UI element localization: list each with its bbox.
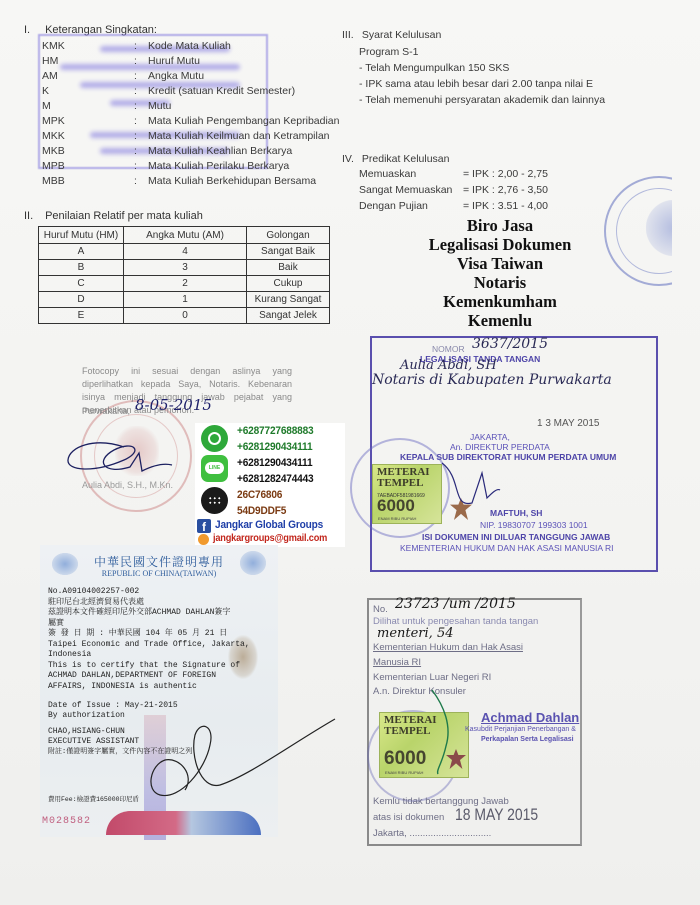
signer-name: MAFTUH, SH xyxy=(490,508,542,518)
abbreviation-colon: : xyxy=(134,85,148,100)
notary-signature xyxy=(64,435,174,485)
abbreviation-value: Mutu xyxy=(148,100,171,115)
handwritten-number: 3637/2015 xyxy=(472,336,548,352)
taiwan-signature xyxy=(140,715,340,810)
scanned-document-page: I. Keterangan Singkatan: KMK:Kode Mata K… xyxy=(0,0,700,905)
abbreviation-row: MPK:Mata Kuliah Pengembangan Kepribadian xyxy=(42,115,339,130)
table-cell: Baik xyxy=(247,260,330,276)
abbreviation-colon: : xyxy=(134,70,148,85)
service-advert-text: Biro Jasa Legalisasi Dokumen Visa Taiwan… xyxy=(395,216,605,330)
abbreviation-key: MPB xyxy=(42,160,134,175)
stamp-line: Manusia RI xyxy=(373,657,421,668)
bbm-pin[interactable]: 26C76806 xyxy=(237,489,282,501)
ornament-icon xyxy=(240,551,266,575)
handwritten-note: menteri, 54 xyxy=(377,626,454,641)
email-icon xyxy=(198,534,209,545)
abbreviation-value: Mata Kuliah Berkehidupan Bersama xyxy=(148,175,316,190)
facebook-page-link[interactable]: Jangkar Global Groups xyxy=(215,519,323,531)
abbreviation-row: HM:Huruf Mutu xyxy=(42,55,339,70)
abbreviation-key: K xyxy=(42,85,134,100)
certificate-line: 簽 發 日 期 : 中華民國 104 年 05 月 21 日 xyxy=(48,629,250,640)
table-row: C2Cukup xyxy=(39,276,330,292)
abbreviation-row: MBB:Mata Kuliah Berkehidupan Bersama xyxy=(42,175,339,190)
certificate-fee: 費用Fee:檢證費165000印尼盾 xyxy=(48,795,139,806)
section-2-heading: II. Penilaian Relatif per mata kuliah xyxy=(24,210,203,222)
predicate-range: = IPK : 2,76 - 3,50 xyxy=(463,184,548,200)
abbreviation-list: KMK:Kode Mata KuliahHM:Huruf MutuAM:Angk… xyxy=(42,40,339,190)
certificate-line: 茲證明本文件確經印尼外交部ACHMAD DAHLAN簽字 xyxy=(48,608,250,619)
requirement-item: - IPK sama atau lebih besar dari 2.00 ta… xyxy=(359,78,605,94)
abbreviation-key: KMK xyxy=(42,40,134,55)
no-label: No. xyxy=(373,604,388,615)
phone-number[interactable]: +6281282474443 xyxy=(237,473,314,485)
handwritten-name: Aulia Abdi, SH xyxy=(400,358,497,373)
signer-title: Perkapalan Serta Legalisasi xyxy=(481,736,574,743)
certificate-line: 駐印尼台北經濟貿易代表處 xyxy=(48,598,250,609)
table-cell: E xyxy=(39,308,124,324)
notary-place: Purwakarta, xyxy=(82,406,130,416)
handwritten-date: 8-05-2015 xyxy=(135,396,212,414)
certificate-line: AFFAIRS, INDONESIA is authentic xyxy=(48,682,250,693)
abbreviation-colon: : xyxy=(134,40,148,55)
kemenlu-legalization-stamp: No. 23723 /um /2015 Dilihat untuk penges… xyxy=(367,598,582,846)
abbreviation-colon: : xyxy=(134,175,148,190)
abbreviation-colon: : xyxy=(134,130,148,145)
section-4-heading: IV. Predikat Kelulusan xyxy=(342,153,449,165)
predicate-range: = IPK : 3.51 - 4,00 xyxy=(463,200,548,216)
abbreviation-key: HM xyxy=(42,55,134,70)
predicate-label: Dengan Pujian xyxy=(359,200,463,216)
table-cell: Sangat Baik xyxy=(247,244,330,260)
program-label: Program S-1 xyxy=(359,46,419,58)
handwritten-number: 23723 /um /2015 xyxy=(395,596,516,612)
table-row: A4Sangat Baik xyxy=(39,244,330,260)
abbreviation-value: Mata Kuliah Pengembangan Kepribadian xyxy=(148,115,339,130)
email-link[interactable]: jangkargroups@gmail.com xyxy=(213,533,327,544)
abbreviation-value: Kode Mata Kuliah xyxy=(148,40,231,55)
section-number: II. xyxy=(24,210,42,222)
stamp-date: 18 MAY 2015 xyxy=(455,805,538,825)
authorization: By authorization xyxy=(48,711,125,722)
abbreviation-row: MPB:Mata Kuliah Perilaku Berkarya xyxy=(42,160,339,175)
line-icon: LINE xyxy=(201,455,228,482)
section-title: Syarat Kelulusan xyxy=(362,29,441,41)
abbreviation-colon: : xyxy=(134,55,148,70)
requirement-item: - Telah memenuhi persyaratan akademik da… xyxy=(359,94,605,110)
stamp-line: Kementerian Hukum dan Hak Asasi xyxy=(373,642,523,653)
advert-line: Kemenlu xyxy=(395,311,605,330)
table-cell: Sangat Jelek xyxy=(247,308,330,324)
table-row: B3Baik xyxy=(39,260,330,276)
meterai-subtext: ENAM RIBU RUPIAH xyxy=(385,770,423,775)
grade-table-header: Huruf Mutu (HM) Angka Mutu (AM) Golongan xyxy=(39,227,330,244)
certificate-signer-title: EXECUTIVE ASSISTANT xyxy=(48,737,139,748)
predicate-list: Memuaskan= IPK : 2,00 - 2,75Sangat Memua… xyxy=(359,168,548,216)
table-cell: D xyxy=(39,292,124,308)
certificate-line: Taipei Economic and Trade Office, Jakart… xyxy=(48,640,250,651)
section-title: Predikat Kelulusan xyxy=(362,153,450,165)
predicate-label: Sangat Memuaskan xyxy=(359,184,463,200)
stamp-city: JAKARTA, xyxy=(470,432,510,442)
stamp-city: Jakarta, ............................... xyxy=(373,828,491,839)
table-cell: B xyxy=(39,260,124,276)
predicate-row: Sangat Memuaskan= IPK : 2,76 - 3,50 xyxy=(359,184,548,200)
abbreviation-key: MKK xyxy=(42,130,134,145)
abbreviation-value: Mata Kuliah Keilmuan dan Ketrampilan xyxy=(148,130,330,145)
abbreviation-row: MKB:Mata Kuliah Keahlian Berkarya xyxy=(42,145,339,160)
signer-name: Achmad Dahlan xyxy=(481,710,579,725)
abbreviation-key: M xyxy=(42,100,134,115)
table-cell: 0 xyxy=(124,308,247,324)
stamp-disclaimer: atas isi dokumen xyxy=(373,812,444,823)
column-header: Angka Mutu (AM) xyxy=(124,227,247,244)
abbreviation-colon: : xyxy=(134,115,148,130)
stamp-disclaimer: KEMENTERIAN HUKUM DAN HAK ASASI MANUSIA … xyxy=(400,543,613,553)
abbreviation-row: MKK:Mata Kuliah Keilmuan dan Ketrampilan xyxy=(42,130,339,145)
stamp-line: Kementerian Luar Negeri RI xyxy=(373,672,491,683)
table-cell: 2 xyxy=(124,276,247,292)
predicate-label: Memuaskan xyxy=(359,168,463,184)
abbreviation-key: MKB xyxy=(42,145,134,160)
advert-line: Legalisasi Dokumen xyxy=(395,235,605,254)
certificate-line: Indonesia xyxy=(48,650,250,661)
certificate-line: ACHMAD DAHLAN,DEPARTMENT OF FOREIGN xyxy=(48,671,250,682)
abbreviation-row: M:Mutu xyxy=(42,100,339,115)
abbreviation-value: Angka Mutu xyxy=(148,70,204,85)
phone-number[interactable]: +6281290434111 xyxy=(237,457,312,469)
phone-number[interactable]: +6281290434111 xyxy=(237,441,312,453)
section-number: III. xyxy=(342,29,359,41)
table-row: E0Sangat Jelek xyxy=(39,308,330,324)
column-header: Golongan xyxy=(247,227,330,244)
meterai-subtext: ENAM RIBU RUPIAH xyxy=(378,516,416,521)
blackberry-icon xyxy=(201,487,228,514)
handwritten-title: Notaris di Kabupaten Purwakarta xyxy=(372,372,612,388)
certificate-body: No.A09104002257-002駐印尼台北經濟貿易代表處茲證明本文件確經印… xyxy=(48,587,250,692)
certificate-line: No.A09104002257-002 xyxy=(48,587,250,598)
abbreviation-value: Kredit (satuan Kredit Semester) xyxy=(148,85,295,100)
stamp-disclaimer: ISI DOKUMEN INI DILUAR TANGGUNG JAWAB xyxy=(422,532,610,542)
table-cell: Kurang Sangat xyxy=(247,292,330,308)
table-row: D1Kurang Sangat xyxy=(39,292,330,308)
contact-info-box: +6287727688883 +6281290434111 LINE +6281… xyxy=(195,423,345,547)
column-header: Huruf Mutu (HM) xyxy=(39,227,124,244)
taipei-office-seal xyxy=(604,176,700,286)
predicate-range: = IPK : 2,00 - 2,75 xyxy=(463,168,548,184)
kemenkumham-legalization-stamp: NOMOR 3637/2015 LEGALISASI TANDA TANGAN … xyxy=(370,336,658,572)
section-3-heading: III. Syarat Kelulusan xyxy=(342,29,441,41)
date-of-issue: Date of Issue : May-21-2015 xyxy=(48,701,178,712)
section-number: IV. xyxy=(342,153,359,165)
section-title: Penilaian Relatif per mata kuliah xyxy=(45,210,203,222)
requirement-item: - Telah Mengumpulkan 150 SKS xyxy=(359,62,605,78)
facebook-icon: f xyxy=(197,519,211,533)
abbreviation-row: KMK:Kode Mata Kuliah xyxy=(42,40,339,55)
grade-table: Huruf Mutu (HM) Angka Mutu (AM) Golongan… xyxy=(38,226,330,324)
abbreviation-row: AM:Angka Mutu xyxy=(42,70,339,85)
abbreviation-colon: : xyxy=(134,100,148,115)
advert-line: Kemenkumham xyxy=(395,292,605,311)
table-cell: 4 xyxy=(124,244,247,260)
abbreviation-colon: : xyxy=(134,145,148,160)
notary-name: Aulia Abdi, S.H., M.Kn. xyxy=(82,480,173,490)
abbreviation-colon: : xyxy=(134,160,148,175)
abbreviation-value: Mata Kuliah Keahlian Berkarya xyxy=(148,145,292,160)
abbreviation-key: AM xyxy=(42,70,134,85)
table-cell: Cukup xyxy=(247,276,330,292)
table-cell: C xyxy=(39,276,124,292)
abbreviation-value: Huruf Mutu xyxy=(148,55,200,70)
security-pattern xyxy=(106,811,261,835)
meterai-value: 6000 xyxy=(377,496,415,516)
advert-line: Visa Taiwan xyxy=(395,254,605,273)
ornament-icon xyxy=(52,553,78,575)
predicate-row: Memuaskan= IPK : 2,00 - 2,75 xyxy=(359,168,548,184)
whatsapp-icon xyxy=(201,425,228,452)
certificate-signer: CHAO,HSIANG-CHUN xyxy=(48,727,125,738)
requirement-list: - Telah Mengumpulkan 150 SKS- IPK sama a… xyxy=(359,62,605,110)
signer-nip: NIP. 19830707 199303 1001 xyxy=(480,520,588,530)
predicate-row: Dengan Pujian= IPK : 3.51 - 4,00 xyxy=(359,200,548,216)
meterai-value: 6000 xyxy=(384,748,426,770)
abbreviation-key: MBB xyxy=(42,175,134,190)
certificate-line: This is to certify that the Signature of xyxy=(48,661,250,672)
advert-line: Notaris xyxy=(395,273,605,292)
abbreviation-value: Mata Kuliah Perilaku Berkarya xyxy=(148,160,289,175)
abbreviation-row: K:Kredit (satuan Kredit Semester) xyxy=(42,85,339,100)
abbreviation-key: MPK xyxy=(42,115,134,130)
certificate-serial: M028582 xyxy=(42,817,91,828)
nomor-label: NOMOR xyxy=(432,344,465,354)
advert-line: Biro Jasa xyxy=(395,216,605,235)
signer-title: Kasubdit Perjanjian Penerbangan & xyxy=(465,726,576,733)
certificate-line: 屬實 xyxy=(48,619,250,630)
kemenlu-signature xyxy=(424,686,464,776)
table-cell: 3 xyxy=(124,260,247,276)
bbm-pin[interactable]: 54D9DDF5 xyxy=(237,505,286,517)
table-cell: A xyxy=(39,244,124,260)
stamp-date: 1 3 MAY 2015 xyxy=(537,418,599,429)
table-cell: 1 xyxy=(124,292,247,308)
stamp-an: An. DIREKTUR PERDATA xyxy=(450,442,550,452)
phone-number[interactable]: +6287727688883 xyxy=(237,425,314,437)
